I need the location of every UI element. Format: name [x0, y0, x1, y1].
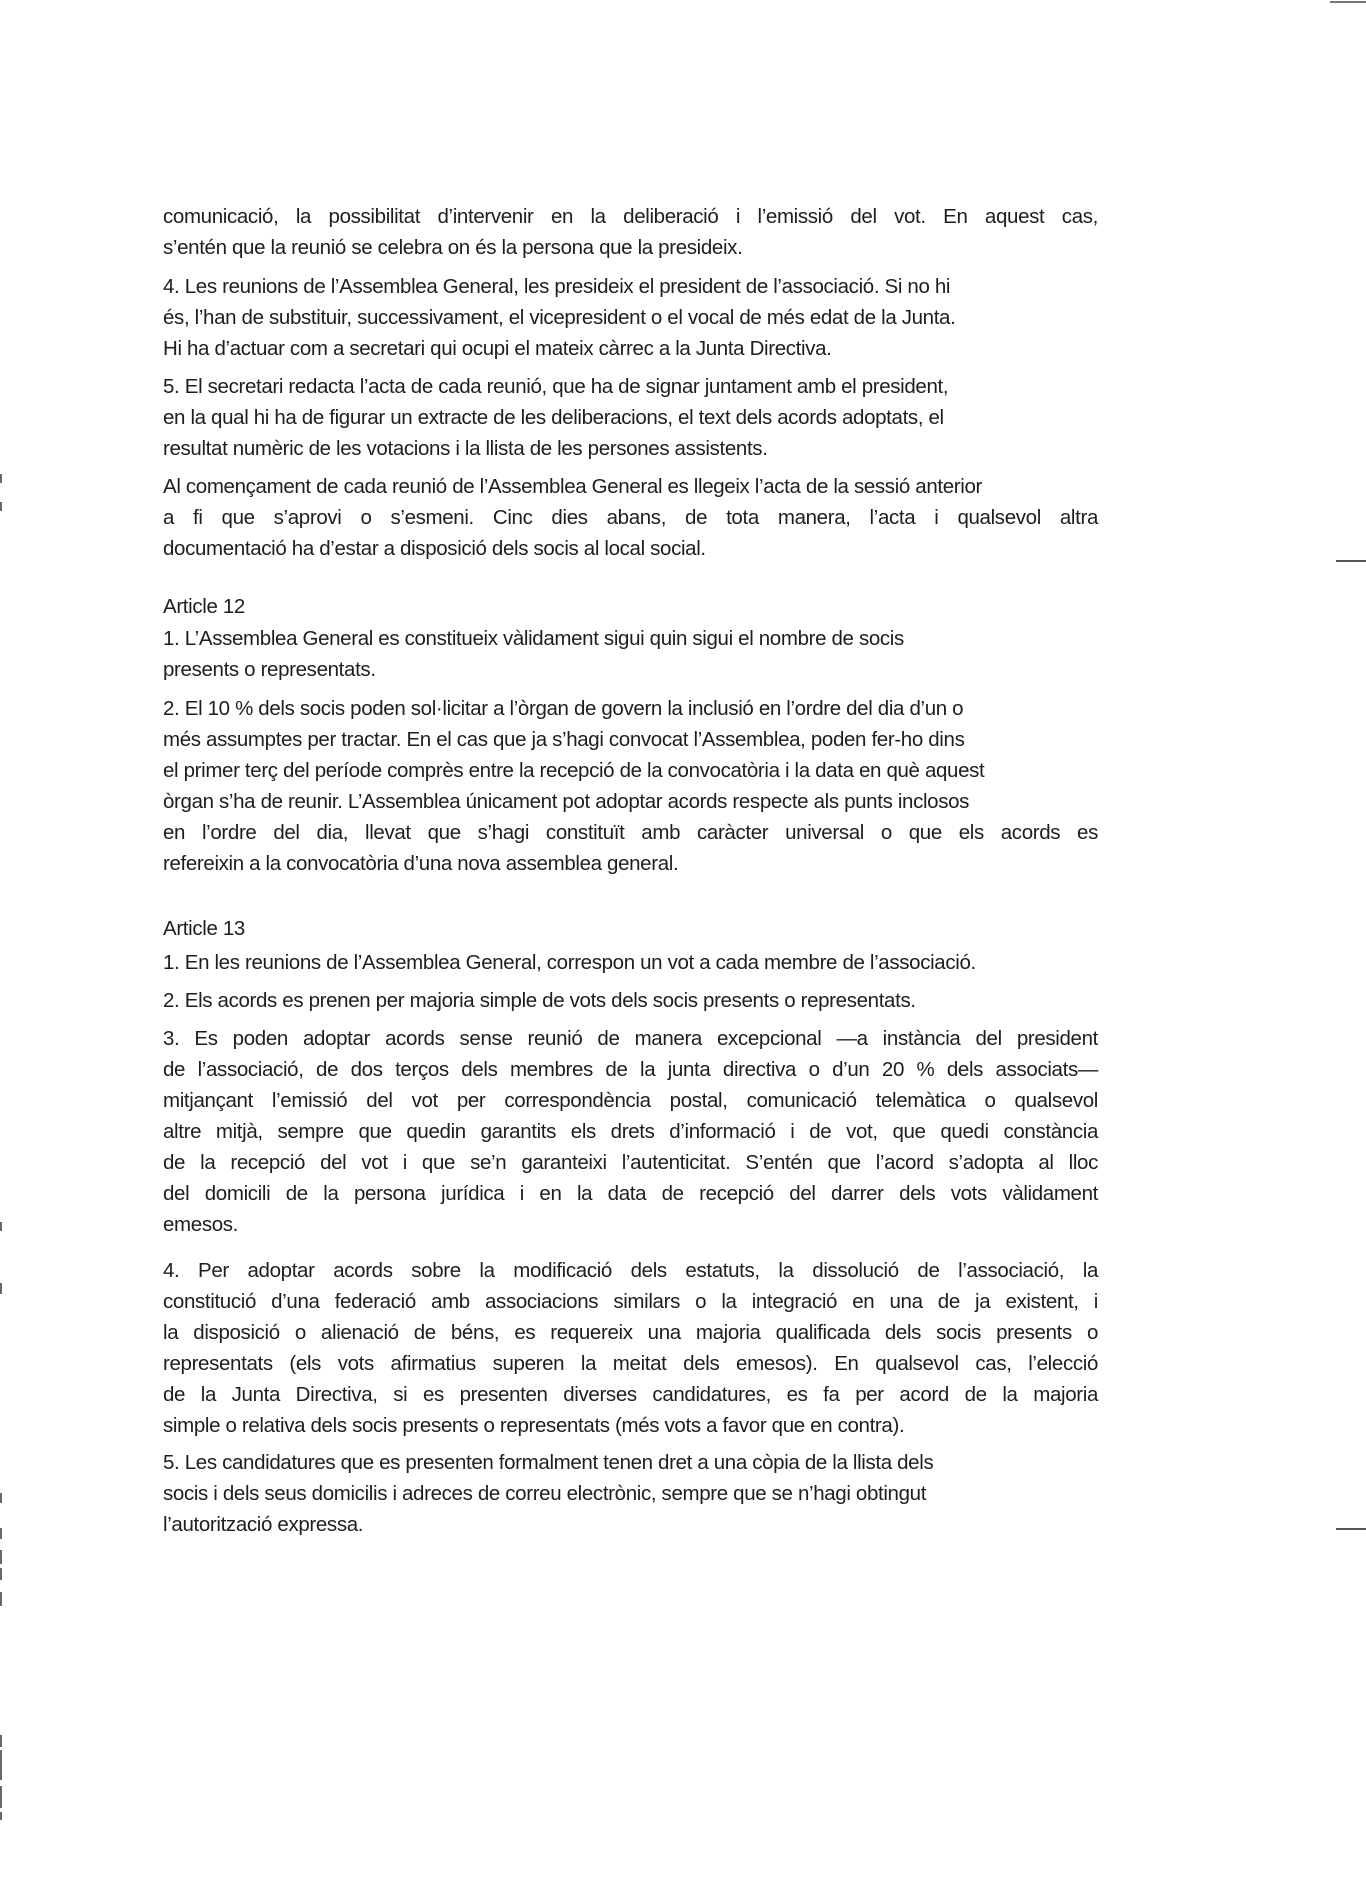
scan-edge-line-right-1: [1336, 560, 1366, 562]
article-13-paragraph: 2. Els acords es prenen per majoria simp…: [163, 985, 1098, 1016]
scan-mark-left: [0, 474, 2, 483]
text-line: 1. L’Assemblea General es constitueix và…: [163, 623, 1098, 654]
text-line: de la recepció del vot i que se’n garant…: [163, 1147, 1098, 1178]
scan-edge-line-top: [1330, 1, 1366, 3]
preamble-paragraph: 5. El secretari redacta l’acta de cada r…: [163, 371, 1098, 464]
article-13-paragraph: 1. En les reunions de l’Assemblea Genera…: [163, 947, 1098, 978]
preamble-paragraph: Al començament de cada reunió de l’Assem…: [163, 471, 1098, 564]
text-line: resultat numèric de les votacions i la l…: [163, 433, 1098, 464]
text-line: de la Junta Directiva, si es presenten d…: [163, 1379, 1098, 1410]
scanned-document-page: comunicació, la possibilitat d’interveni…: [0, 0, 1366, 1882]
text-line: en l’ordre del dia, llevat que s’hagi co…: [163, 817, 1098, 848]
text-line: constitució d’una federació amb associac…: [163, 1286, 1098, 1317]
article-12-paragraph: 1. L’Assemblea General es constitueix và…: [163, 623, 1098, 685]
text-line: òrgan s’ha de reunir. L’Assemblea únicam…: [163, 786, 1098, 817]
text-line: 4. Per adoptar acords sobre la modificac…: [163, 1255, 1098, 1286]
scan-mark-left: [0, 1735, 2, 1747]
article-13-paragraph: 4. Per adoptar acords sobre la modificac…: [163, 1255, 1098, 1441]
text-line: de l’associació, de dos terços dels memb…: [163, 1054, 1098, 1085]
text-line: 3. Es poden adoptar acords sense reunió …: [163, 1023, 1098, 1054]
text-line: 4. Les reunions de l’Assemblea General, …: [163, 271, 1098, 302]
text-line: 5. Les candidatures que es presenten for…: [163, 1447, 1098, 1478]
text-line: 2. Els acords es prenen per majoria simp…: [163, 985, 1098, 1016]
scan-mark-left: [0, 1528, 2, 1539]
article-12-paragraph: 2. El 10 % dels socis poden sol·licitar …: [163, 693, 1098, 879]
text-line: representats (els vots afirmatius supere…: [163, 1348, 1098, 1379]
preamble-paragraph: comunicació, la possibilitat d’interveni…: [163, 201, 1098, 263]
scan-mark-left: [0, 502, 2, 511]
text-line: simple o relativa dels socis presents o …: [163, 1410, 1098, 1441]
text-line: socis i dels seus domicilis i adreces de…: [163, 1478, 1098, 1509]
text-line: a fi que s’aprovi o s’esmeni. Cinc dies …: [163, 502, 1098, 533]
text-line: s’entén que la reunió se celebra on és l…: [163, 232, 1098, 263]
text-line: Hi ha d’actuar com a secretari qui ocupi…: [163, 333, 1098, 364]
text-line: mitjançant l’emissió del vot per corresp…: [163, 1085, 1098, 1116]
text-line: més assumptes per tractar. En el cas que…: [163, 724, 1098, 755]
text-line: 1. En les reunions de l’Assemblea Genera…: [163, 947, 1098, 978]
text-line: comunicació, la possibilitat d’interveni…: [163, 201, 1098, 232]
scan-mark-left: [0, 1592, 2, 1606]
scan-mark-left: [0, 1812, 2, 1820]
article-13-paragraph: 5. Les candidatures que es presenten for…: [163, 1447, 1098, 1540]
text-line: documentació ha d’estar a disposició del…: [163, 533, 1098, 564]
text-line: presents o representats.: [163, 654, 1098, 685]
text-line: l’autorització expressa.: [163, 1509, 1098, 1540]
scan-edge-line-right-2: [1336, 1528, 1366, 1530]
scan-mark-left: [0, 1786, 2, 1808]
scan-mark-left: [0, 1283, 2, 1294]
text-line: 2. El 10 % dels socis poden sol·licitar …: [163, 693, 1098, 724]
text-line: 5. El secretari redacta l’acta de cada r…: [163, 371, 1098, 402]
text-line: emesos.: [163, 1209, 1098, 1240]
preamble-paragraph: 4. Les reunions de l’Assemblea General, …: [163, 271, 1098, 364]
scan-mark-left: [0, 1493, 2, 1503]
article-13-heading: Article 13: [163, 913, 245, 944]
article-12-heading: Article 12: [163, 591, 245, 622]
text-line: el primer terç del període comprès entre…: [163, 755, 1098, 786]
text-line: és, l’han de substituir, successivament,…: [163, 302, 1098, 333]
text-line: la disposició o alienació de béns, es re…: [163, 1317, 1098, 1348]
article-13-paragraph: 3. Es poden adoptar acords sense reunió …: [163, 1023, 1098, 1240]
text-line: altre mitjà, sempre que quedin garantits…: [163, 1116, 1098, 1147]
scan-mark-left: [0, 1222, 2, 1231]
scan-mark-left: [0, 1550, 2, 1564]
scan-mark-left: [0, 1568, 2, 1580]
text-line: refereixin a la convocatòria d’una nova …: [163, 848, 1098, 879]
text-line: del domicili de la persona jurídica i en…: [163, 1178, 1098, 1209]
scan-mark-left: [0, 1750, 2, 1780]
text-line: en la qual hi ha de figurar un extracte …: [163, 402, 1098, 433]
text-line: Al començament de cada reunió de l’Assem…: [163, 471, 1098, 502]
